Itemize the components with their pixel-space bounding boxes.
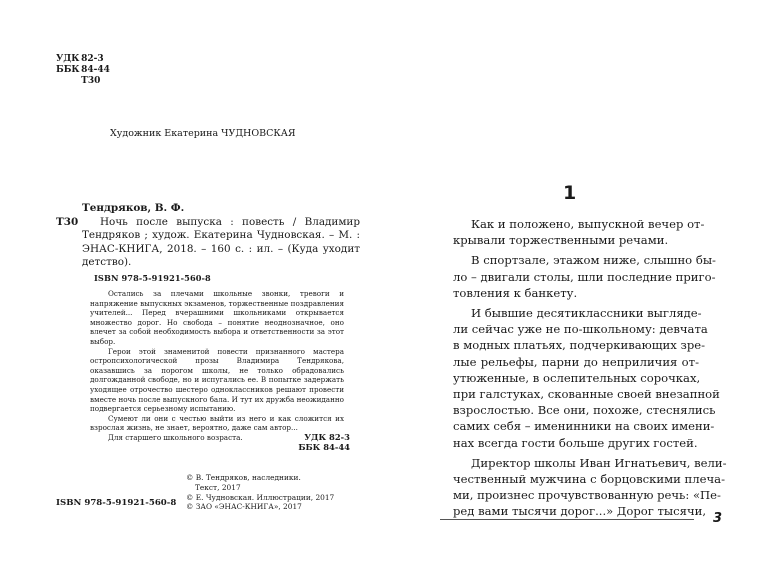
body-line: самих себя – именинники на своих имени- xyxy=(453,418,699,434)
body-line: Директор школы Иван Игнатьевич, вели- xyxy=(453,455,699,471)
udk-bottom: УДК 82-3 xyxy=(290,432,350,442)
codes-bottom: УДК 82-3 ББК 84-44 xyxy=(290,432,350,453)
author-mark: Т30 xyxy=(81,76,100,87)
bibliographic-record: Тендряков, В. Ф. Т30 Ночь после выпуска … xyxy=(56,202,360,270)
artist-credit: Художник Екатерина ЧУДНОВСКАЯ xyxy=(110,128,296,139)
classification-codes: УДК 82-3 ББК 84-44 Т30 xyxy=(56,54,110,87)
annotation-paragraph: Герои этой знаменитой повести признанног… xyxy=(90,347,344,414)
body-line: товления к банкету. xyxy=(453,285,699,301)
body-paragraph: Директор школы Иван Игнатьевич, вели-чес… xyxy=(453,455,699,520)
isbn-top: ISBN 978-5-91921-560-8 xyxy=(94,273,211,283)
body-line: лые рельефы, парни до неприличия от- xyxy=(453,354,699,370)
annotation: Остались за плечами школьные звонки, тре… xyxy=(90,289,344,443)
annotation-paragraph: Остались за плечами школьные звонки, тре… xyxy=(90,289,344,347)
body-line: чественный мужчина с борцовскими плеча- xyxy=(453,471,699,487)
body-text: Как и положено, выпускной вечер от-крыва… xyxy=(453,216,699,524)
copyright-line: © Е. Чудновская. Иллюстрации, 2017 xyxy=(186,493,334,503)
body-line: ред вами тысячи дорог...» Дорог тысячи, xyxy=(453,503,699,519)
body-line: Как и положено, выпускной вечер от- xyxy=(453,216,699,232)
body-line: в модных платьях, подчеркивающих зре- xyxy=(453,337,699,353)
body-line: взрослостью. Все они, похоже, стеснялись xyxy=(453,402,699,418)
body-line: при галстуках, скованные своей внезапной xyxy=(453,386,699,402)
udk-value: 82-3 xyxy=(81,54,104,65)
bbk-value: 84-44 xyxy=(81,65,110,76)
copyright-line: Текст, 2017 xyxy=(186,483,334,493)
copyright-line: © В. Тендряков, наследники. xyxy=(186,473,334,483)
body-line: ло – двигали столы, шли последние приго- xyxy=(453,269,699,285)
isbn-bottom: ISBN 978-5-91921-560-8 xyxy=(56,498,176,508)
copyright-block: © В. Тендряков, наследники. Текст, 2017 … xyxy=(186,473,334,512)
bib-description: Ночь после выпуска : повесть / Владимир … xyxy=(82,216,360,270)
body-line: нах всегда гости больше других гостей. xyxy=(453,435,699,451)
chapter-number: 1 xyxy=(563,182,576,204)
body-paragraph: Как и положено, выпускной вечер от-крыва… xyxy=(453,216,699,248)
body-paragraph: И бывшие десятиклассники выгляде-ли сейч… xyxy=(453,305,699,451)
bib-author-mark: Т30 xyxy=(56,216,78,230)
bbk-bottom: ББК 84-44 xyxy=(290,442,350,452)
annotation-paragraph: Сумеют ли они с честью выйти из него и к… xyxy=(90,414,344,433)
body-line: утюженные, в ослепительных сорочках, xyxy=(453,370,699,386)
body-line: В спортзале, этажом ниже, слышно бы- xyxy=(453,252,699,268)
body-line: крывали торжественными речами. xyxy=(453,232,699,248)
bib-author: Тендряков, В. Ф. xyxy=(82,202,360,216)
udk-label: УДК xyxy=(56,54,78,65)
body-line: ми, произнес прочувствованную речь: «Пе- xyxy=(453,487,699,503)
body-paragraph: В спортзале, этажом ниже, слышно бы-ло –… xyxy=(453,252,699,301)
page-number: 3 xyxy=(713,511,722,526)
body-line: ли сейчас уже не по-школьному: девчата xyxy=(453,321,699,337)
body-line: И бывшие десятиклассники выгляде- xyxy=(453,305,699,321)
footer-rule xyxy=(440,519,694,520)
bbk-label: ББК xyxy=(56,65,78,76)
copyright-line: © ЗАО «ЭНАС-КНИГА», 2017 xyxy=(186,502,334,512)
